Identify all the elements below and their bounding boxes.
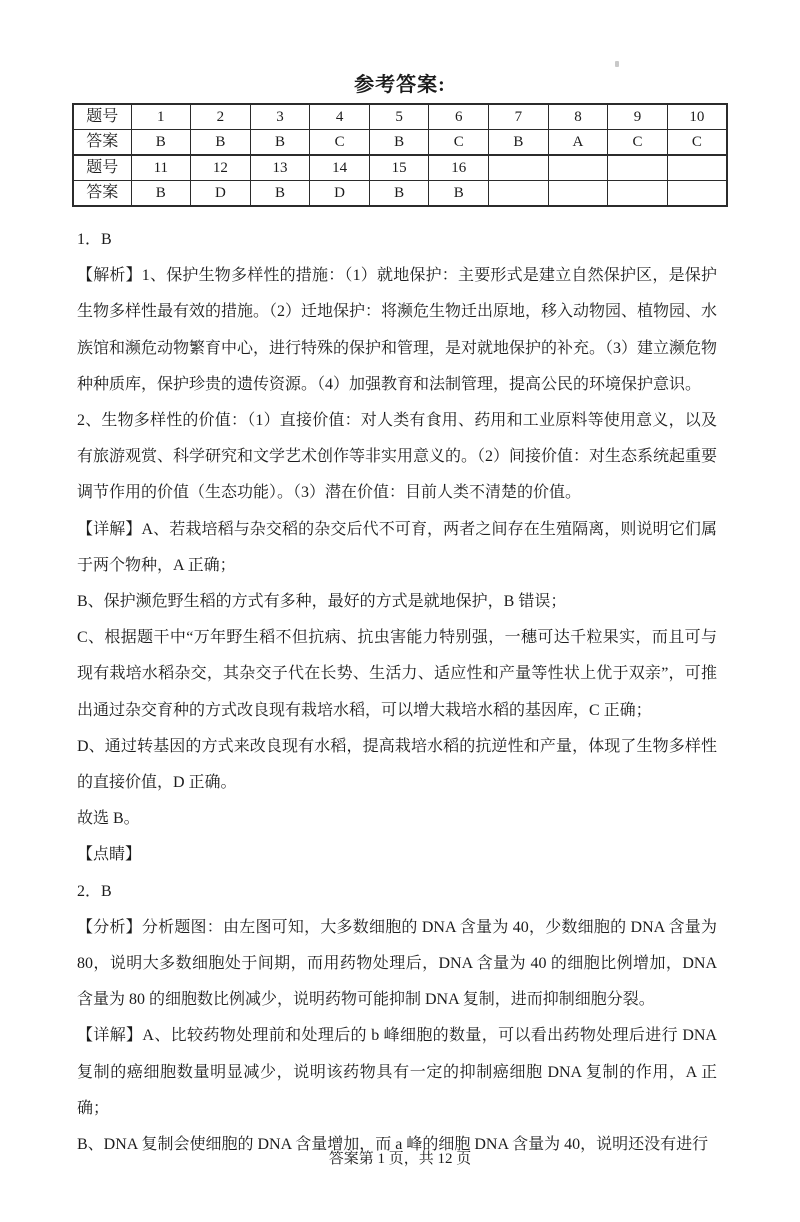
answer-cell: [667, 181, 727, 207]
detail-option-a-paragraph: 【详解】A、若栽培稻与杂交稻的杂交后代不可育，两者之间存在生殖隔离，则说明它们属…: [77, 512, 717, 584]
answer-table: 题号 1 2 3 4 5 6 7 8 9 10 答案 B B B C B C B: [72, 103, 728, 207]
question-number-cell: [548, 155, 608, 181]
detail-option-d-paragraph: D、通过转基因的方式来改良现有水稻，提高栽培水稻的抗逆性和产量，体现了生物多样性…: [77, 729, 717, 801]
table-row: 题号 11 12 13 14 15 16: [73, 155, 727, 181]
row-header-cell: 题号: [73, 155, 131, 181]
explanation-paragraph: 【解析】1、保护生物多样性的措施：（1）就地保护：主要形式是建立自然保护区，是保…: [77, 258, 717, 403]
q2-detail-option-a-paragraph: 【详解】A、比较药物处理前和处理后的 b 峰细胞的数量，可以看出药物处理后进行 …: [77, 1018, 717, 1127]
answer-cell: [548, 181, 608, 207]
answer-cell: C: [429, 130, 489, 156]
answer-cell: B: [191, 130, 251, 156]
question-number-cell: 6: [429, 104, 489, 130]
answer-cell: B: [369, 181, 429, 207]
answer-explanations: 1．B 【解析】1、保护生物多样性的措施：（1）就地保护：主要形式是建立自然保护…: [77, 222, 717, 1163]
analysis-paragraph: 【分析】分析题图：由左图可知，大多数细胞的 DNA 含量为 40，少数细胞的 D…: [77, 910, 717, 1019]
answer-cell: B: [250, 130, 310, 156]
question-1-answer: 1．B: [77, 222, 717, 258]
table-row: 答案 B B B C B C B A C C: [73, 130, 727, 156]
answer-cell: B: [369, 130, 429, 156]
row-header-cell: 题号: [73, 104, 131, 130]
question-number-cell: [489, 155, 549, 181]
answer-cell: B: [250, 181, 310, 207]
question-number-cell: 7: [489, 104, 549, 130]
question-number-cell: 14: [310, 155, 370, 181]
page-title: 参考答案:: [0, 0, 800, 96]
answer-cell: D: [191, 181, 251, 207]
question-number-cell: 4: [310, 104, 370, 130]
page-number: 答案第 1 页，共 12 页: [0, 1147, 800, 1168]
table-row: 答案 B D B D B B: [73, 181, 727, 207]
answer-cell: B: [131, 181, 191, 207]
answer-cell: D: [310, 181, 370, 207]
answer-cell: C: [310, 130, 370, 156]
answer-cell: B: [429, 181, 489, 207]
detail-option-c-paragraph: C、根据题干中“万年野生稻不但抗病、抗虫害能力特别强，一穗可达千粒果实，而且可与…: [77, 620, 717, 729]
conclusion-paragraph: 故选 B。: [77, 801, 717, 837]
question-number-cell: 3: [250, 104, 310, 130]
answer-cell: B: [489, 130, 549, 156]
question-number-cell: 8: [548, 104, 608, 130]
question-number-cell: 5: [369, 104, 429, 130]
question-number-cell: 15: [369, 155, 429, 181]
question-number-cell: 9: [608, 104, 668, 130]
document-page: 参考答案: 题号 1 2 3 4 5 6 7 8 9 10 答案 B: [0, 0, 800, 1222]
question-number-cell: 2: [191, 104, 251, 130]
question-number-cell: 13: [250, 155, 310, 181]
answer-cell: B: [131, 130, 191, 156]
table-row: 题号 1 2 3 4 5 6 7 8 9 10: [73, 104, 727, 130]
answer-cell: [489, 181, 549, 207]
detail-option-b-paragraph: B、保护濒危野生稻的方式有多种，最好的方式是就地保护，B 错误；: [77, 584, 717, 620]
question-number-cell: [667, 155, 727, 181]
answer-cell: C: [608, 130, 668, 156]
answer-cell: [608, 181, 668, 207]
question-number-cell: 11: [131, 155, 191, 181]
row-header-cell: 答案: [73, 130, 131, 156]
answer-cell: C: [667, 130, 727, 156]
biodiversity-value-paragraph: 2、生物多样性的价值：（1）直接价值：对人类有食用、药用和工业原料等使用意义，以…: [77, 403, 717, 512]
question-number-cell: 1: [131, 104, 191, 130]
row-header-cell: 答案: [73, 181, 131, 207]
question-number-cell: 16: [429, 155, 489, 181]
question-number-cell: 12: [191, 155, 251, 181]
question-number-cell: 10: [667, 104, 727, 130]
question-2-answer: 2．B: [77, 874, 717, 910]
answer-cell: A: [548, 130, 608, 156]
question-number-cell: [608, 155, 668, 181]
smudge-artifact: [615, 61, 619, 67]
tips-heading-paragraph: 【点睛】: [77, 837, 717, 873]
